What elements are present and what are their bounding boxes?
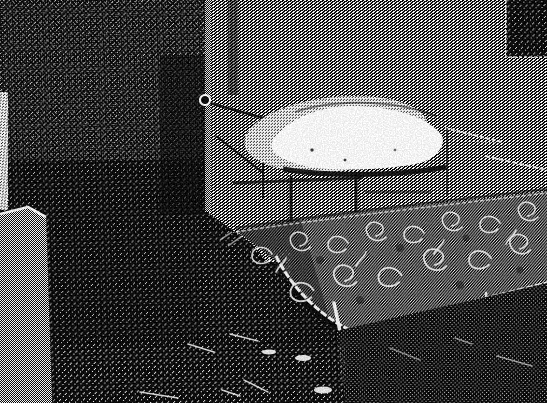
photo-canvas [0,0,547,403]
grain-overlay [0,0,547,403]
dithered-room-photograph: Grainy 1-bit dithered black-and-white ph… [0,0,547,403]
